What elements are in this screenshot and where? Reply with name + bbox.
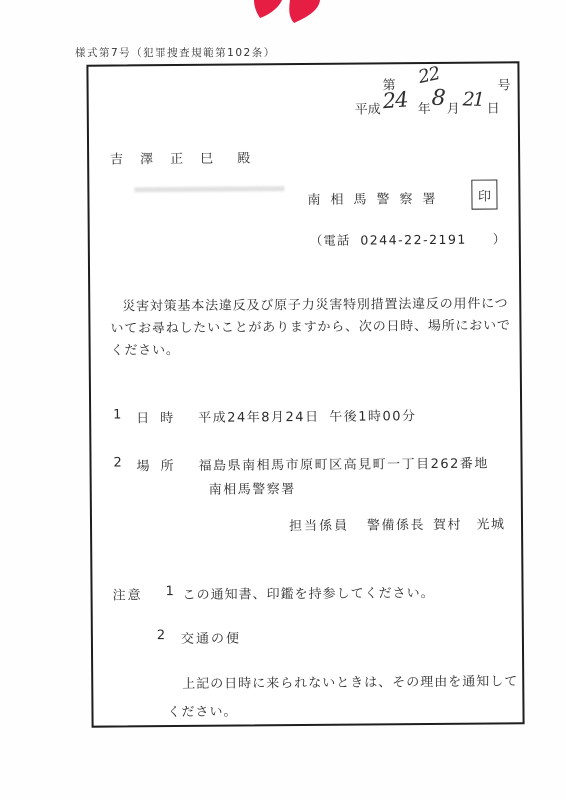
- item1-label: 日時: [136, 407, 184, 426]
- date-era-label: 平成: [355, 98, 381, 117]
- date-year-suffix: 年: [418, 98, 431, 117]
- date-month-suffix: 月: [447, 98, 460, 117]
- staff-role-label: 担当係員: [289, 515, 349, 534]
- addressee-line: 吉澤正巳殿: [110, 147, 250, 167]
- seal-stamp: 印: [471, 179, 497, 209]
- note2-text: 交通の便: [181, 628, 241, 647]
- body-line-2: いてお尋ねしたいことがありますから、次の日時、場所においで: [110, 315, 516, 340]
- phone-label: （電話: [310, 233, 351, 248]
- item1-number: 1: [113, 407, 121, 422]
- note2-number: 2: [157, 628, 165, 643]
- date-year-handwritten: 24: [382, 87, 409, 113]
- item1-time-value: 午後1時00分: [329, 405, 416, 425]
- notice-box: 第 22 号 平成 24 年 8 月 21 日 吉澤正巳殿 南相馬警察署 印 （…: [86, 61, 524, 727]
- date-month-handwritten: 8: [431, 86, 446, 112]
- item2-address-line2: 南相馬警察署: [209, 478, 296, 498]
- staff-name: 賀村 光城: [433, 513, 506, 533]
- date-day-suffix: 日: [487, 97, 500, 116]
- closing-line-1: 上記の日時に来られないときは、その理由を通知して: [167, 668, 533, 699]
- item2-address-line1: 福島県南相馬市原町区高見町一丁目262番地: [198, 453, 488, 474]
- issuer-name: 南相馬警察署: [307, 188, 445, 208]
- body-line-1: 災害対策基本法違反及び原子力災害特別措置法違反の用件につ: [110, 293, 516, 318]
- red-ribbon-mark: [246, 0, 328, 26]
- notes-heading: 注意: [112, 584, 142, 603]
- note1-text: この通知書、印鑑を持参してください。: [182, 582, 434, 603]
- phone-line: （電話0244-22-2191）: [310, 229, 507, 249]
- scanned-document-page: 様式第7号（犯罪捜査規範第102条） 第 22 号 平成 24 年 8 月 21…: [0, 0, 566, 800]
- item1-date-value: 平成24年8月24日: [198, 406, 320, 426]
- addressee-honorific: 殿: [237, 151, 250, 166]
- note1-number: 1: [165, 584, 173, 599]
- doc-number-handwritten: 22: [416, 63, 441, 88]
- closing-line-2: ください。: [167, 696, 533, 727]
- closing-paragraph: 上記の日時に来られないときは、その理由を通知して ください。: [167, 668, 533, 727]
- body-line-3: ください。: [111, 337, 517, 362]
- body-paragraph: 災害対策基本法違反及び原子力災害特別措置法違反の用件につ いてお尋ねしたいことが…: [110, 293, 517, 362]
- item2-number: 2: [113, 455, 121, 470]
- item2-label: 場所: [136, 455, 184, 474]
- doc-number-suffix: 号: [497, 74, 510, 93]
- scan-smudge: [134, 186, 284, 192]
- date-day-handwritten: 21: [462, 88, 483, 111]
- form-number-label: 様式第7号（犯罪捜査規範第102条）: [75, 45, 276, 60]
- staff-title: 警備係長: [367, 514, 425, 533]
- phone-close-paren: ）: [493, 231, 507, 246]
- seal-character: 印: [478, 185, 491, 204]
- phone-number: 0244-22-2191: [360, 232, 467, 248]
- addressee-name: 吉澤正巳: [110, 152, 230, 168]
